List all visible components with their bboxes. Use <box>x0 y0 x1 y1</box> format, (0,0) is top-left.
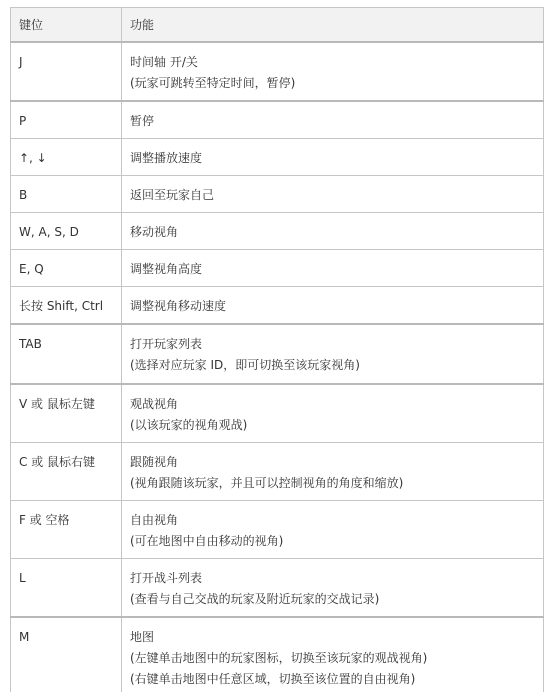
function-title: 调整播放速度 <box>130 148 535 169</box>
key-cell: J <box>11 42 122 101</box>
function-title: 时间轴 开/关 <box>130 52 535 73</box>
function-title: 暂停 <box>130 111 535 132</box>
key-cell: F 或 空格 <box>11 501 122 559</box>
function-cell: 打开战斗列表(查看与自己交战的玩家及附近玩家的交战记录) <box>122 559 544 618</box>
key-cell: V 或 鼠标左键 <box>11 384 122 443</box>
function-cell: 打开玩家列表(选择对应玩家 ID，即可切换至该玩家视角) <box>122 324 544 384</box>
table-row: W, A, S, D移动视角 <box>11 213 544 250</box>
header-function: 功能 <box>122 8 544 43</box>
function-title: 打开战斗列表 <box>130 568 535 589</box>
keybinding-table: 键位 功能 J时间轴 开/关(玩家可跳转至特定时间，暂停)P暂停↑, ↓调整播放… <box>10 7 544 692</box>
function-description: (右键单击地图中任意区域，切换至该位置的自由视角) <box>130 669 535 690</box>
function-cell: 自由视角(可在地图中自由移动的视角) <box>122 501 544 559</box>
key-cell: W, A, S, D <box>11 213 122 250</box>
function-cell: 观战视角(以该玩家的视角观战) <box>122 384 544 443</box>
function-cell: 时间轴 开/关(玩家可跳转至特定时间，暂停) <box>122 42 544 101</box>
function-cell: 地图(左键单击地图中的玩家图标，切换至该玩家的观战视角)(右键单击地图中任意区域… <box>122 617 544 692</box>
key-cell: C 或 鼠标右键 <box>11 443 122 501</box>
function-cell: 调整视角高度 <box>122 250 544 287</box>
table-row: M地图(左键单击地图中的玩家图标，切换至该玩家的观战视角)(右键单击地图中任意区… <box>11 617 544 692</box>
function-description: (视角跟随该玩家，并且可以控制视角的角度和缩放) <box>130 473 535 494</box>
table-row: P暂停 <box>11 101 544 139</box>
table-row: ↑, ↓调整播放速度 <box>11 139 544 176</box>
table-row: C 或 鼠标右键跟随视角(视角跟随该玩家，并且可以控制视角的角度和缩放) <box>11 443 544 501</box>
function-title: 移动视角 <box>130 222 535 243</box>
function-cell: 移动视角 <box>122 213 544 250</box>
table-body: J时间轴 开/关(玩家可跳转至特定时间，暂停)P暂停↑, ↓调整播放速度B返回至… <box>11 42 544 692</box>
function-title: 打开玩家列表 <box>130 334 535 355</box>
table-row: L打开战斗列表(查看与自己交战的玩家及附近玩家的交战记录) <box>11 559 544 618</box>
table-row: B返回至玩家自己 <box>11 176 544 213</box>
function-description: (查看与自己交战的玩家及附近玩家的交战记录) <box>130 589 535 610</box>
function-description: (以该玩家的视角观战) <box>130 415 535 436</box>
key-cell: M <box>11 617 122 692</box>
function-title: 调整视角移动速度 <box>130 296 535 317</box>
function-title: 地图 <box>130 627 535 648</box>
key-cell: L <box>11 559 122 618</box>
function-cell: 调整播放速度 <box>122 139 544 176</box>
table-row: 长按 Shift, Ctrl调整视角移动速度 <box>11 287 544 325</box>
key-cell: P <box>11 101 122 139</box>
function-title: 跟随视角 <box>130 452 535 473</box>
key-cell: ↑, ↓ <box>11 139 122 176</box>
function-title: 调整视角高度 <box>130 259 535 280</box>
table-row: E, Q调整视角高度 <box>11 250 544 287</box>
key-cell: B <box>11 176 122 213</box>
function-description: (选择对应玩家 ID，即可切换至该玩家视角) <box>130 355 535 376</box>
function-description: (玩家可跳转至特定时间，暂停) <box>130 73 535 94</box>
table-header-row: 键位 功能 <box>11 8 544 43</box>
function-title: 自由视角 <box>130 510 535 531</box>
key-cell: E, Q <box>11 250 122 287</box>
key-cell: 长按 Shift, Ctrl <box>11 287 122 325</box>
function-description: (可在地图中自由移动的视角) <box>130 531 535 552</box>
function-cell: 暂停 <box>122 101 544 139</box>
table-row: TAB打开玩家列表(选择对应玩家 ID，即可切换至该玩家视角) <box>11 324 544 384</box>
header-key: 键位 <box>11 8 122 43</box>
table-row: V 或 鼠标左键观战视角(以该玩家的视角观战) <box>11 384 544 443</box>
table-row: J时间轴 开/关(玩家可跳转至特定时间，暂停) <box>11 42 544 101</box>
function-cell: 返回至玩家自己 <box>122 176 544 213</box>
function-title: 返回至玩家自己 <box>130 185 535 206</box>
function-cell: 调整视角移动速度 <box>122 287 544 325</box>
function-description: (左键单击地图中的玩家图标，切换至该玩家的观战视角) <box>130 648 535 669</box>
key-cell: TAB <box>11 324 122 384</box>
function-cell: 跟随视角(视角跟随该玩家，并且可以控制视角的角度和缩放) <box>122 443 544 501</box>
function-title: 观战视角 <box>130 394 535 415</box>
table-row: F 或 空格自由视角(可在地图中自由移动的视角) <box>11 501 544 559</box>
